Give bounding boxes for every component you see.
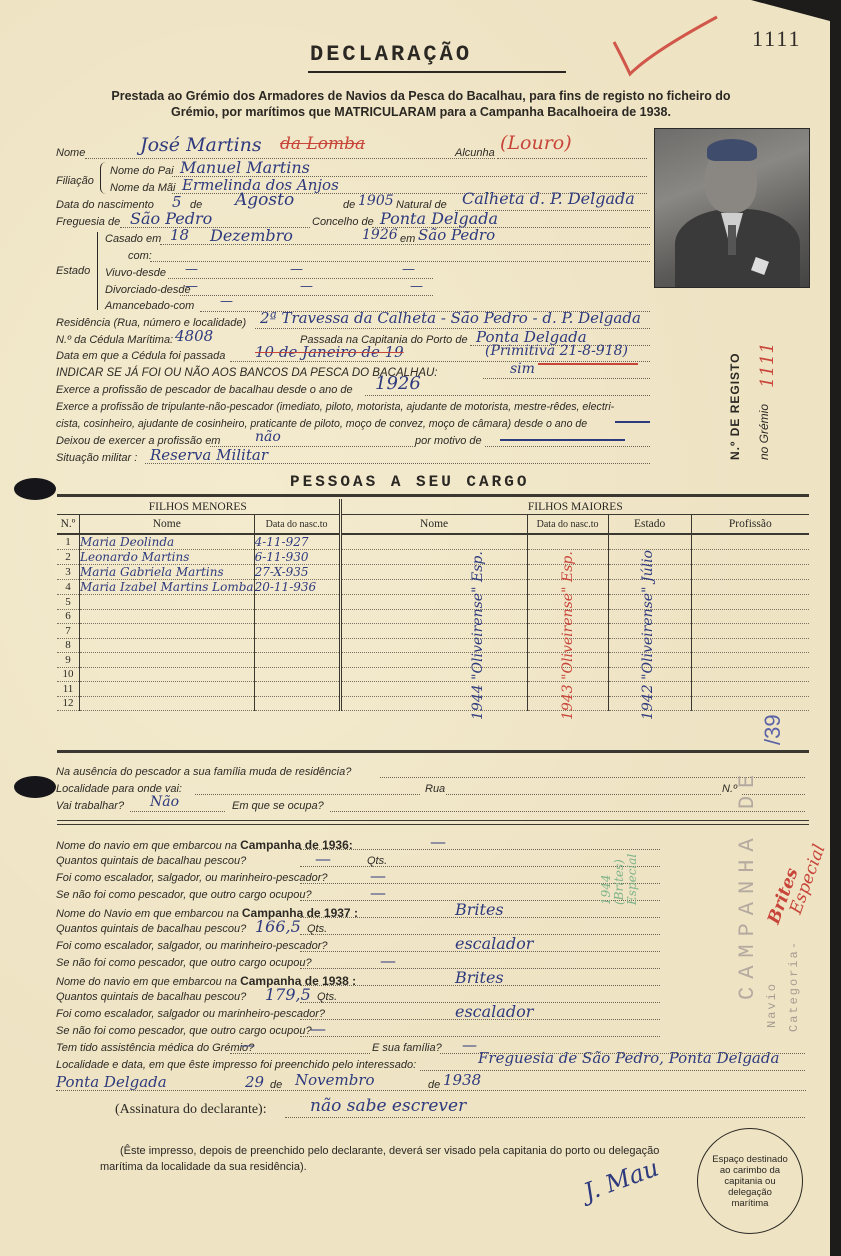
pescador-value: 1926 bbox=[375, 373, 421, 394]
campanha-stamp: CAMPANHA DE bbox=[735, 767, 760, 1000]
row-number: 4 bbox=[57, 580, 80, 595]
amancebado-label: Amancebado-com bbox=[105, 300, 194, 312]
com-line bbox=[150, 261, 650, 262]
campanha-value: escalador bbox=[455, 1002, 533, 1021]
campanha-line bbox=[300, 1036, 660, 1037]
cedula-value: 4808 bbox=[175, 327, 213, 345]
cedula-data-label: Data em que a Cédula foi passada bbox=[56, 350, 225, 362]
torn-corner bbox=[751, 0, 841, 24]
campanha-value: escalador bbox=[455, 934, 533, 953]
viuvo-label: Viuvo-desde bbox=[105, 267, 166, 279]
estado-label: Estado bbox=[56, 265, 90, 277]
menor-nome: Maria Gabriela Martins bbox=[80, 565, 255, 580]
menor-data: 27-X-935 bbox=[254, 565, 340, 580]
cargo-bottom-rule bbox=[57, 750, 809, 753]
tripulante-dash bbox=[615, 421, 650, 423]
maior-estado bbox=[608, 534, 691, 550]
maiores-title: FILHOS MAIORES bbox=[340, 499, 809, 515]
menor-data bbox=[254, 595, 340, 610]
menor-nome bbox=[80, 624, 255, 639]
pescador-line bbox=[365, 395, 650, 396]
campanha-label: Se não foi como pescador, que outro carg… bbox=[56, 1025, 312, 1037]
viuvo-dash-2: — bbox=[290, 262, 303, 277]
maior-profissao bbox=[691, 565, 809, 580]
menores-title: FILHOS MENORES bbox=[57, 499, 340, 515]
campanha-line bbox=[230, 1053, 370, 1054]
natural-value: Calheta d. P. Delgada bbox=[462, 189, 635, 208]
familia-label: E sua família? bbox=[372, 1042, 442, 1054]
row-number: 12 bbox=[57, 696, 80, 711]
trabalhar-line bbox=[130, 811, 225, 812]
campanha-value: — bbox=[370, 883, 386, 902]
menor-nome bbox=[80, 653, 255, 668]
mae-label: Nome da Mãi bbox=[110, 182, 175, 194]
local-label: Localidade e data, em que êste impresso … bbox=[56, 1059, 416, 1071]
local-line2: Ponta Delgada bbox=[56, 1073, 167, 1091]
campanha-label-part: Foi como escalador, salgador ou marinhei… bbox=[56, 1008, 325, 1020]
divorciado-dash: — bbox=[185, 279, 198, 294]
cedula-label: N.º da Cédula Marítima: bbox=[56, 334, 173, 346]
table-row: 6 bbox=[57, 609, 809, 624]
campanha-label-part: Quantos quintais de bacalhau pescou? bbox=[56, 991, 246, 1003]
campanha-label-part: Se não foi como pescador, que outro carg… bbox=[56, 1025, 312, 1037]
col-estado: Estado bbox=[608, 515, 691, 535]
campanha-line bbox=[420, 1070, 805, 1071]
table-row: 4Maria Izabel Martins Lomba20-11-936 bbox=[57, 580, 809, 595]
tripulante-label-1: Exerce a profissão de tripulante-não-pes… bbox=[56, 401, 614, 413]
cargo-top-rule bbox=[57, 494, 809, 497]
maior-nome bbox=[340, 550, 527, 565]
annotation-col1: 1944 "Oliveirense" Esp. bbox=[470, 551, 486, 720]
menor-data bbox=[254, 638, 340, 653]
filiacao-label: Filiação bbox=[56, 175, 94, 187]
menor-nome bbox=[80, 682, 255, 697]
stamp-text: Espaço destinado ao carimbo da capitania… bbox=[710, 1154, 790, 1209]
campanha-label-part: Quantos quintais de bacalhau pescou? bbox=[56, 923, 246, 935]
stamp-categoria-label: Categoria- bbox=[787, 940, 801, 1032]
maior-profissao bbox=[691, 653, 809, 668]
maior-profissao bbox=[691, 609, 809, 624]
punch-hole-bottom bbox=[14, 776, 56, 798]
maior-nome bbox=[340, 595, 527, 610]
assinatura-label: (Assinatura do declarante): bbox=[115, 1102, 267, 1118]
motivo-line bbox=[485, 446, 650, 447]
rua-line bbox=[446, 794, 721, 795]
table-row: 7 bbox=[57, 624, 809, 639]
residencia-label: Residência (Rua, número e localidade) bbox=[56, 317, 246, 329]
punch-hole-top bbox=[14, 478, 56, 500]
cedula-data-value: (Primitiva 21-8-918) bbox=[485, 343, 628, 359]
row-number: 6 bbox=[57, 609, 80, 624]
campanha-label: Se não foi como pescador, que outro carg… bbox=[56, 957, 312, 969]
residencia-value: 2ª Travessa da Calheta - São Pedro - d. … bbox=[260, 309, 641, 327]
divorciado-label: Divorciado-desde bbox=[105, 284, 191, 296]
campanha-label-part: Nome do navio em que embarcou na bbox=[56, 976, 240, 988]
tripulante-label-2: cista, cosinheiro, ajudante de cosinheir… bbox=[56, 418, 587, 430]
residencia-line bbox=[255, 328, 650, 329]
row-number: 10 bbox=[57, 667, 80, 682]
deixou-value: não bbox=[255, 429, 281, 445]
local-value: Freguesia de São Pedro, Ponta Delgada bbox=[478, 1049, 779, 1067]
assist-value: — bbox=[240, 1036, 255, 1054]
alcunha-line bbox=[497, 158, 647, 159]
qts-label: Qts. bbox=[317, 991, 337, 1003]
menor-nome: Maria Deolinda bbox=[80, 534, 255, 550]
bancos-line bbox=[483, 378, 650, 379]
menor-nome: Leonardo Martins bbox=[80, 550, 255, 565]
menor-data bbox=[254, 624, 340, 639]
campanha-label: Se não foi como pescador, que outro carg… bbox=[56, 889, 312, 901]
maior-nome bbox=[340, 565, 527, 580]
motivo-label: por motivo de bbox=[415, 435, 482, 447]
table-row: 2Leonardo Martins6-11-930 bbox=[57, 550, 809, 565]
campanha-value: Brites bbox=[455, 968, 504, 987]
casado-label: Casado em bbox=[105, 233, 161, 245]
maior-profissao bbox=[691, 595, 809, 610]
campanha-label: Quantos quintais de bacalhau pescou? bbox=[56, 855, 246, 867]
document-number: 1111 bbox=[752, 26, 802, 52]
familia-value: — bbox=[462, 1036, 477, 1054]
row-number: 9 bbox=[57, 653, 80, 668]
estado-brace bbox=[97, 232, 98, 310]
maior-nome bbox=[340, 667, 527, 682]
campanha-label-part: Nome do Navio em que embarcou na bbox=[56, 908, 242, 920]
campanha-label: Foi como escalador, salgador, ou marinhe… bbox=[56, 940, 327, 952]
maior-nome bbox=[340, 624, 527, 639]
stamp-area: Espaço destinado ao carimbo da capitania… bbox=[697, 1128, 803, 1234]
campanha-label-part: Nome do navio em que embarcou na bbox=[56, 840, 240, 852]
campanha-label: Foi como escalador, salgador ou marinhei… bbox=[56, 1008, 325, 1020]
maior-profissao bbox=[691, 638, 809, 653]
nome-struck: da Lomba bbox=[280, 134, 365, 154]
col-maiores-nome: Nome bbox=[340, 515, 527, 535]
subtitle-line-1: Prestada ao Grémio dos Armadores de Navi… bbox=[26, 88, 816, 104]
menor-nome bbox=[80, 595, 255, 610]
document-subtitle: Prestada ao Grémio dos Armadores de Navi… bbox=[26, 88, 816, 120]
amancebado-dash: — bbox=[220, 294, 233, 309]
maior-nome bbox=[340, 534, 527, 550]
table-row: 3Maria Gabriela Martins27-X-935 bbox=[57, 565, 809, 580]
militar-value: Reserva Militar bbox=[150, 446, 268, 464]
casado-line bbox=[160, 244, 650, 245]
campanha-value: — bbox=[430, 832, 446, 851]
portrait-photo bbox=[654, 128, 810, 288]
maior-profissao bbox=[691, 667, 809, 682]
table-row: 9 bbox=[57, 653, 809, 668]
green-note: 1944 (Brites) Especial bbox=[600, 835, 639, 905]
assinatura-value: não sabe escrever bbox=[310, 1096, 466, 1116]
alcunha-value: (Louro) bbox=[500, 132, 572, 154]
filiacao-brace bbox=[100, 162, 107, 194]
viuvo-dash: — bbox=[185, 262, 198, 277]
registo-label: N.º DE REGISTO bbox=[728, 352, 742, 460]
casado-place: São Pedro bbox=[418, 226, 495, 244]
divorciado-dash-3: — bbox=[410, 279, 423, 294]
localidade-line bbox=[195, 794, 420, 795]
row-number: 2 bbox=[57, 550, 80, 565]
maior-nome bbox=[340, 609, 527, 624]
assist-label: Tem tido assistência médica do Grémio? bbox=[56, 1042, 254, 1054]
campanha-value: — bbox=[315, 849, 331, 868]
annotation-col2: 1943 "Oliveirense" Esp. bbox=[560, 551, 576, 720]
casado-month: Dezembro bbox=[210, 226, 293, 245]
table-row: 10 bbox=[57, 667, 809, 682]
nasc-year: 1905 bbox=[358, 193, 394, 209]
menor-data: 20-11-936 bbox=[254, 580, 340, 595]
casado-year: 1926 bbox=[362, 227, 398, 243]
date-year: 1938 bbox=[443, 1071, 481, 1089]
menor-data: 4-11-927 bbox=[254, 534, 340, 550]
menor-data bbox=[254, 667, 340, 682]
campanha-label-part: Foi como escalador, salgador, ou marinhe… bbox=[56, 940, 327, 952]
row-number: 1 bbox=[57, 534, 80, 550]
col-menores-data: Data do nasc.to bbox=[254, 515, 340, 535]
cargo-title: PESSOAS A SEU CARGO bbox=[290, 473, 529, 491]
table-row: 5 bbox=[57, 595, 809, 610]
row-number: 11 bbox=[57, 682, 80, 697]
militar-label: Situação militar : bbox=[56, 452, 137, 464]
maior-profissao bbox=[691, 580, 809, 595]
date-month: Novembro bbox=[295, 1071, 375, 1089]
ocupa-label: Em que se ocupa? bbox=[232, 800, 324, 812]
com-label: com: bbox=[128, 250, 152, 262]
nasc-de-2: de bbox=[343, 199, 355, 211]
cedula-data-struck: 10 de Janeiro de 19 bbox=[255, 343, 404, 361]
maior-nome bbox=[340, 653, 527, 668]
table-row: 11 bbox=[57, 682, 809, 697]
menor-nome bbox=[80, 609, 255, 624]
col-profissao: Profissão bbox=[691, 515, 809, 535]
campanha-value: Brites bbox=[455, 900, 504, 919]
col-num: N.º bbox=[57, 515, 80, 535]
nome-label: Nome bbox=[56, 147, 85, 159]
menor-data bbox=[254, 609, 340, 624]
annotation-col3: 1942 "Oliveirense" Júlio bbox=[640, 550, 656, 720]
menor-nome: Maria Izabel Martins Lomba bbox=[80, 580, 255, 595]
table-row: 12 bbox=[57, 696, 809, 711]
maior-profissao bbox=[691, 550, 809, 565]
registo-sublabel: no Grémio bbox=[757, 404, 771, 460]
pai-label: Nome do Pai bbox=[110, 165, 174, 177]
campanha-value: — bbox=[380, 951, 396, 970]
trabalhar-value: Não bbox=[150, 794, 179, 810]
maior-nome bbox=[340, 580, 527, 595]
campanha-value: 166,5 bbox=[255, 917, 301, 936]
maior-profissao bbox=[691, 624, 809, 639]
menor-nome bbox=[80, 667, 255, 682]
campanha-label: Foi como escalador, salgador, ou marinhe… bbox=[56, 872, 327, 884]
casado-day: 18 bbox=[170, 226, 189, 244]
menor-data bbox=[254, 682, 340, 697]
subtitle-line-2: Grémio, por marítimos que MATRICULARAM p… bbox=[26, 104, 816, 120]
stamp-navio-label: Navio bbox=[765, 982, 779, 1028]
menor-nome bbox=[80, 638, 255, 653]
nasc-month: Agosto bbox=[235, 190, 294, 210]
ausencia-label: Na ausência do pescador a sua família mu… bbox=[56, 766, 351, 778]
col-maiores-data: Data do nasc.to bbox=[527, 515, 608, 535]
pai-value: Manuel Martins bbox=[180, 158, 310, 177]
trabalhar-label: Vai trabalhar? bbox=[56, 800, 124, 812]
cargo-table: FILHOS MENORES FILHOS MAIORES N.º Nome D… bbox=[57, 499, 809, 711]
row-number: 8 bbox=[57, 638, 80, 653]
table-row: 8 bbox=[57, 638, 809, 653]
campanha-label-part: Quantos quintais de bacalhau pescou? bbox=[56, 855, 246, 867]
cargo-body: 1Maria Deolinda4-11-9272Leonardo Martins… bbox=[57, 534, 809, 711]
menor-data: 6-11-930 bbox=[254, 550, 340, 565]
maior-nome bbox=[340, 682, 527, 697]
photo-hair bbox=[707, 139, 757, 161]
assinatura-line bbox=[285, 1117, 805, 1118]
menor-data bbox=[254, 696, 340, 711]
campanha-label-part: Foi como escalador, salgador, ou marinhe… bbox=[56, 872, 327, 884]
ocupa-line bbox=[330, 811, 805, 812]
maior-data bbox=[527, 534, 608, 550]
motivo-dash bbox=[500, 439, 625, 441]
table-row: 1Maria Deolinda4-11-927 bbox=[57, 534, 809, 550]
maior-profissao bbox=[691, 682, 809, 697]
rua-label: Rua bbox=[425, 783, 445, 795]
campanha-label: Quantos quintais de bacalhau pescou? bbox=[56, 923, 246, 935]
campanha-label-part: Se não foi como pescador, que outro carg… bbox=[56, 957, 312, 969]
menor-data bbox=[254, 653, 340, 668]
campanha-value: — bbox=[310, 1019, 326, 1038]
date-day: 29 bbox=[245, 1073, 264, 1091]
registo-value: 1111 bbox=[757, 342, 778, 388]
maior-profissao bbox=[691, 696, 809, 711]
photo-tie bbox=[728, 225, 736, 255]
divorciado-dash-2: — bbox=[300, 279, 313, 294]
title-underline bbox=[308, 71, 566, 73]
document-title: DECLARAÇÃO bbox=[310, 42, 472, 67]
alcunha-label: Alcunha bbox=[455, 147, 495, 159]
familia-rule bbox=[57, 820, 809, 825]
maior-nome bbox=[340, 638, 527, 653]
freguesia-label: Freguesia de bbox=[56, 216, 120, 228]
bancos-value: sim bbox=[510, 361, 535, 377]
red-underline bbox=[538, 363, 638, 365]
maior-nome bbox=[340, 696, 527, 711]
pescador-label: Exerce a profissão de pescador de bacalh… bbox=[56, 384, 353, 396]
campanha-label-part: Se não foi como pescador, que outro carg… bbox=[56, 889, 312, 901]
qts-label: Qts. bbox=[307, 923, 327, 935]
campanha-label: Quantos quintais de bacalhau pescou? bbox=[56, 991, 246, 1003]
row-number: 7 bbox=[57, 624, 80, 639]
cedula-data-line bbox=[230, 361, 650, 362]
campanha-line bbox=[56, 1090, 806, 1091]
menor-nome bbox=[80, 696, 255, 711]
divorciado-line bbox=[180, 295, 433, 296]
row-number: 5 bbox=[57, 595, 80, 610]
checkmark-icon bbox=[612, 12, 722, 82]
campanha-value: 179,5 bbox=[265, 985, 311, 1004]
col-menores-nome: Nome bbox=[80, 515, 255, 535]
row-number: 3 bbox=[57, 565, 80, 580]
annotation-mark: /39 bbox=[760, 714, 786, 745]
nome-value: José Martins bbox=[140, 134, 262, 156]
campanha-line bbox=[440, 1053, 805, 1054]
viuvo-dash-3: — bbox=[402, 262, 415, 277]
maior-profissao bbox=[691, 534, 809, 550]
